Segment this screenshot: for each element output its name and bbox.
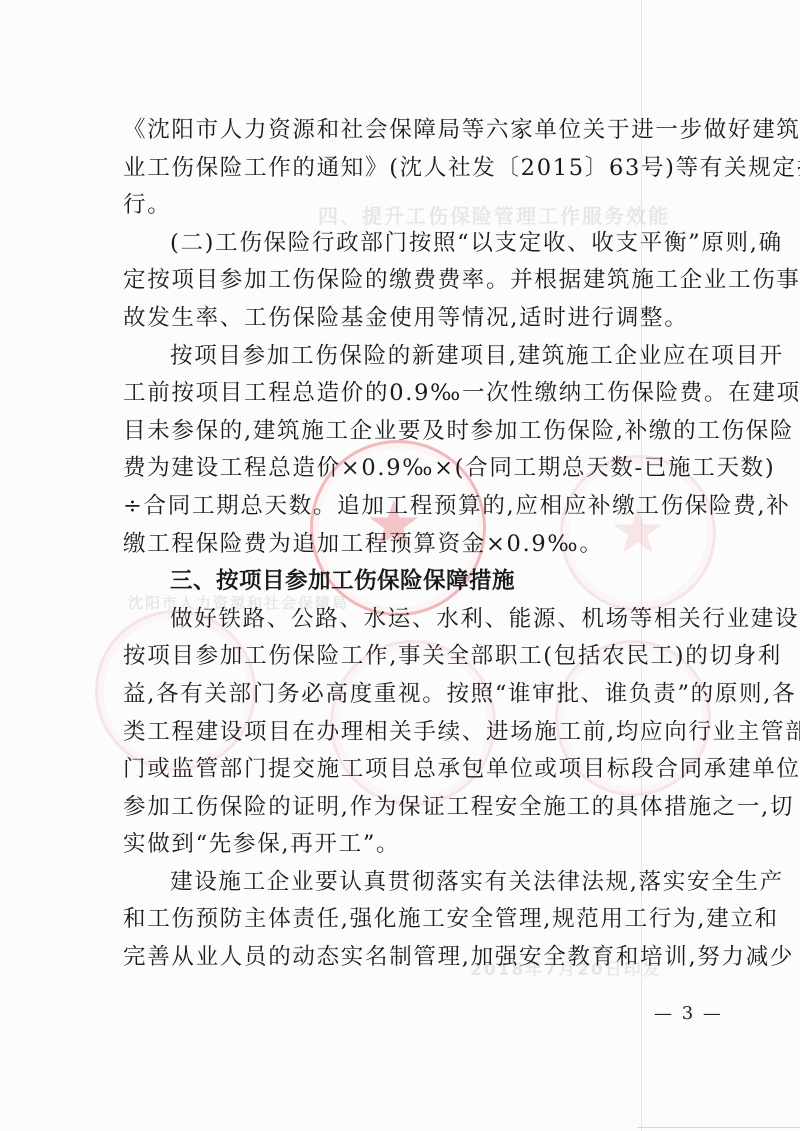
document-page: 四、提升工伤保险管理工作服务效能 沈阳市人力资源和社会保障局 2018年7月20…: [0, 0, 800, 1131]
text-line: 费为建设工程总造价×0.9‰×(合同工期总天数-已施工天数): [123, 450, 698, 488]
text-line: 做好铁路、公路、水运、水利、能源、机场等相关行业建设工程: [123, 601, 698, 639]
text-line: 业工伤保险工作的通知》(沈人社发〔2015〕63号)等有关规定执: [123, 150, 698, 188]
text-line: ÷合同工期总天数。追加工程预算的,应相应补缴工伤保险费,补: [123, 488, 698, 526]
text-line: 工前按项目工程总造价的0.9‰一次性缴纳工伤保险费。在建项: [123, 375, 698, 413]
text-line: 行。: [123, 187, 698, 225]
text-line: 按项目参加工伤保险的新建项目,建筑施工企业应在项目开: [123, 338, 698, 376]
text-line: 门或监管部门提交施工项目总承包单位或项目标段合同承建单位: [123, 751, 698, 789]
text-line: 建设施工企业要认真贯彻落实有关法律法规,落实安全生产: [123, 864, 698, 902]
text-line: 缴工程保险费为追加工程预算资金×0.9‰。: [123, 526, 698, 564]
text-line: 按项目参加工伤保险工作,事关全部职工(包括农民工)的切身利: [123, 638, 698, 676]
text-line: 实做到“先参保,再开工”。: [123, 826, 698, 864]
document-body: 《沈阳市人力资源和社会保障局等六家单位关于进一步做好建筑 业工伤保险工作的通知》…: [123, 112, 698, 977]
text-line: 和工伤预防主体责任,强化施工安全管理,规范用工行为,建立和: [123, 901, 698, 939]
text-line: 完善从业人员的动态实名制管理,加强安全教育和培训,努力减少: [123, 939, 698, 977]
text-line: (二)工伤保险行政部门按照“以支定收、收支平衡”原则,确: [123, 225, 698, 263]
section-heading: 三、按项目参加工伤保险保障措施: [123, 563, 698, 601]
text-line: 故发生率、工伤保险基金使用等情况,适时进行调整。: [123, 300, 698, 338]
text-line: 益,各有关部门务必高度重视。按照“谁审批、谁负责”的原则,各: [123, 676, 698, 714]
text-line: 类工程建设项目在办理相关手续、进场施工前,均应向行业主管部: [123, 714, 698, 752]
text-line: 目未参保的,建筑施工企业要及时参加工伤保险,补缴的工伤保险: [123, 413, 698, 451]
text-line: 参加工伤保险的证明,作为保证工程安全施工的具体措施之一,切: [123, 789, 698, 827]
text-line: 《沈阳市人力资源和社会保障局等六家单位关于进一步做好建筑: [123, 112, 698, 150]
page-number: — 3 —: [654, 1003, 723, 1024]
text-line: 定按项目参加工伤保险的缴费费率。并根据建筑施工企业工伤事: [123, 262, 698, 300]
page-bottom-edge: [637, 1127, 800, 1128]
